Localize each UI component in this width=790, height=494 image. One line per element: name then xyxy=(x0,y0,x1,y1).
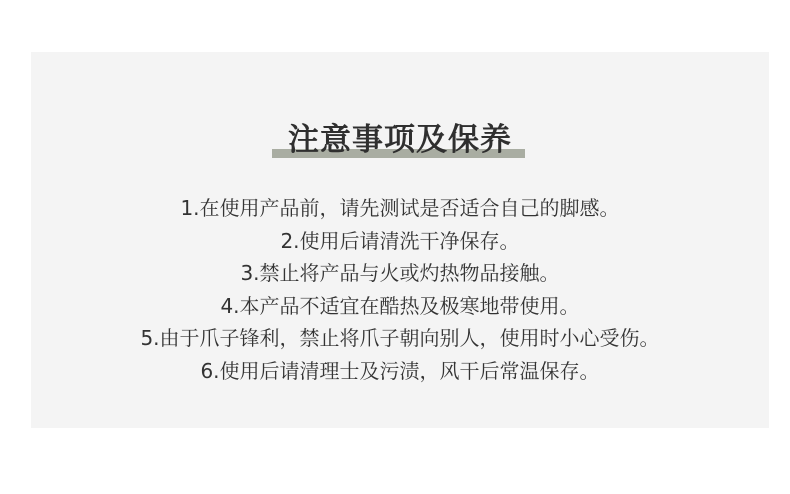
notice-item-3: 3.禁止将产品与火或灼热物品接触。 xyxy=(31,257,769,290)
notice-item-6: 6.使用后请清理士及污渍，风干后常温保存。 xyxy=(31,355,769,388)
notice-item-2: 2.使用后请清洗干净保存。 xyxy=(31,225,769,258)
notice-item-4: 4.本产品不适宜在酷热及极寒地带使用。 xyxy=(31,290,769,323)
notice-panel: 注意事项及保养 1.在使用产品前，请先测试是否适合自己的脚感。 2.使用后请清洗… xyxy=(31,52,769,428)
page-title: 注意事项及保养 xyxy=(288,118,512,162)
title-section: 注意事项及保养 xyxy=(31,118,769,162)
notice-list: 1.在使用产品前，请先测试是否适合自己的脚感。 2.使用后请清洗干净保存。 3.… xyxy=(31,192,769,388)
notice-item-1: 1.在使用产品前，请先测试是否适合自己的脚感。 xyxy=(31,192,769,225)
notice-item-5: 5.由于爪子锋利，禁止将爪子朝向别人，使用时小心受伤。 xyxy=(31,322,769,355)
